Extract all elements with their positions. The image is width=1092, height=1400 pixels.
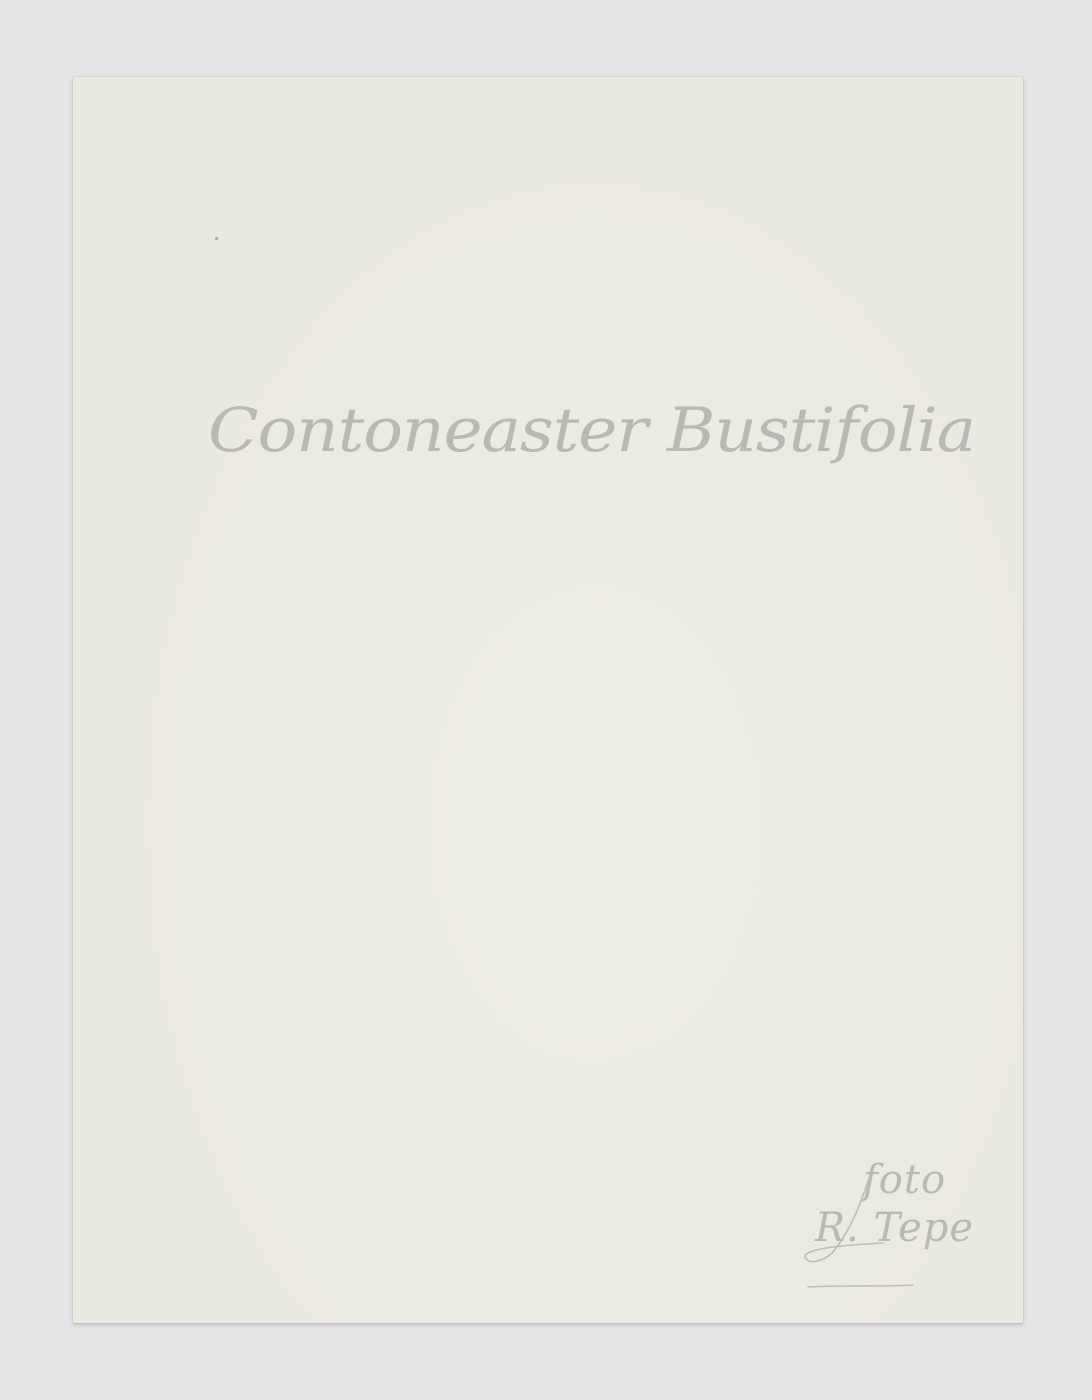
- photo-card-back: Contoneaster Bustifolia foto R. Tepe: [73, 77, 1023, 1323]
- photographer-credit: foto R. Tepe: [803, 1157, 1003, 1307]
- paper-speck: [215, 237, 218, 240]
- credit-foto-label: foto: [863, 1157, 946, 1203]
- handwritten-species-name: Contoneaster Bustifolia: [208, 395, 975, 466]
- credit-photographer-name: R. Tepe: [815, 1205, 974, 1251]
